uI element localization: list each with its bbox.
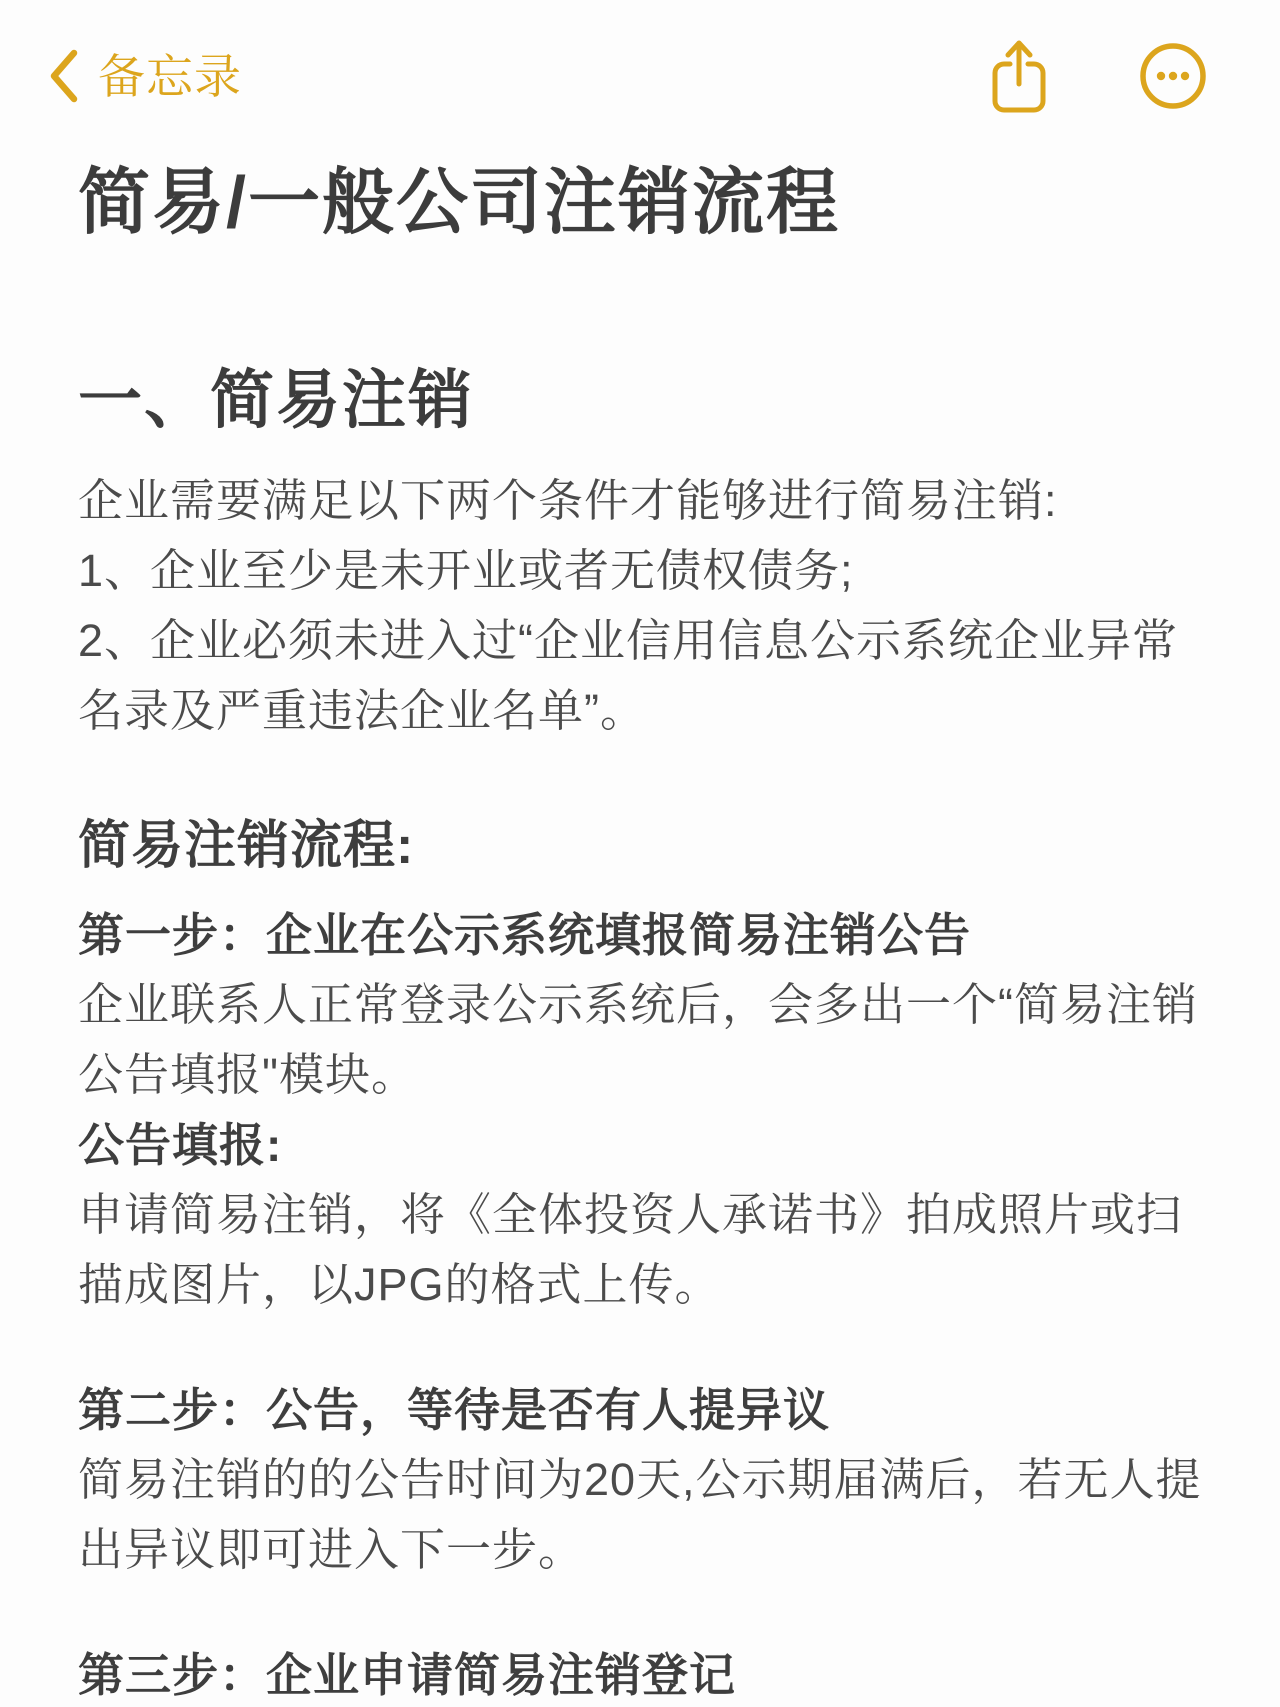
share-button[interactable] — [988, 38, 1050, 114]
section-heading: 一、简易注销 — [78, 360, 1204, 440]
condition-item-2: 2、企业必须未进入过“企业信用信息公示系统企业异常名录及严重违法企业名单”。 — [78, 606, 1204, 746]
more-button[interactable] — [1138, 41, 1208, 111]
notes-app-screen: 备忘录 — [0, 0, 1280, 1707]
chevron-left-icon — [46, 48, 80, 104]
share-icon — [988, 38, 1050, 114]
back-label: 备忘录 — [98, 53, 242, 100]
condition-item-1: 1、企业至少是未开业或者无债权债务; — [78, 536, 1204, 606]
step-3-title: 第三步：企业申请简易注销登记 — [78, 1640, 1204, 1707]
step-2-body: 简易注销的的公告时间为20天,公示期届满后，若无人提出异议即可进入下一步。 — [78, 1445, 1204, 1585]
step-1-title: 第一步：企业在公示系统填报简易注销公告 — [78, 900, 1204, 970]
back-button[interactable]: 备忘录 — [46, 48, 242, 104]
more-circle-icon — [1138, 41, 1208, 111]
section-intro: 企业需要满足以下两个条件才能够进行简易注销: — [78, 466, 1204, 536]
step-2-title: 第二步：公告，等待是否有人提异议 — [78, 1375, 1204, 1445]
process-heading: 简易注销流程: — [78, 808, 1204, 884]
step-1-subbody: 申请简易注销，将《全体投资人承诺书》拍成照片或扫描成图片，以JPG的格式上传。 — [78, 1180, 1204, 1320]
step-1-body: 企业联系人正常登录公示系统后，会多出一个“简易注销公告填报"模块。 — [78, 970, 1204, 1110]
note-content: 简易/一般公司注销流程 一、简易注销 企业需要满足以下两个条件才能够进行简易注销… — [0, 158, 1280, 1707]
step-1-subheading: 公告填报: — [78, 1110, 1204, 1180]
note-title: 简易/一般公司注销流程 — [78, 158, 1204, 248]
nav-bar: 备忘录 — [0, 0, 1280, 112]
nav-actions — [988, 38, 1208, 114]
